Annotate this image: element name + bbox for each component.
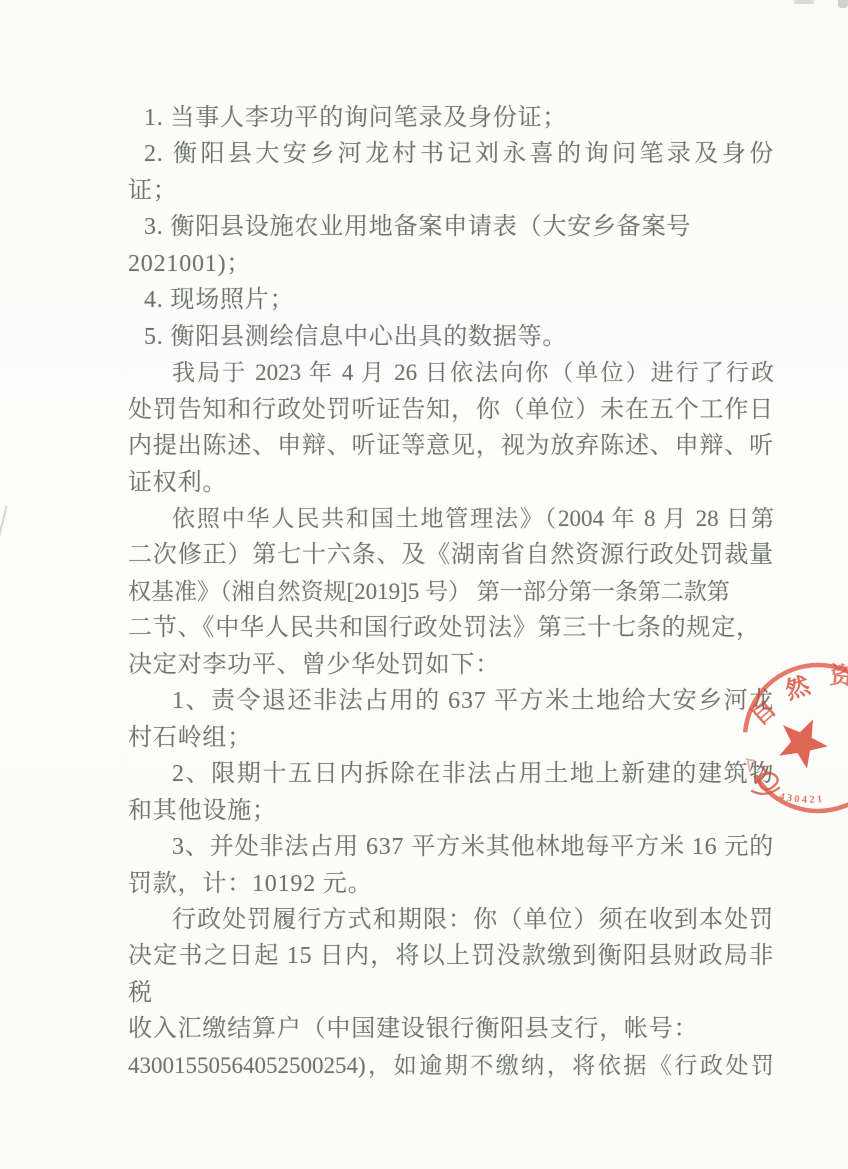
seal-star-icon	[779, 719, 828, 768]
text-line: 收入汇缴结算户（中国建设银行衡阳县支行，帐号：	[128, 1011, 774, 1047]
text-line: 内提出陈述、申辩、听证等意见，视为放弃陈述、申辩、听	[128, 428, 774, 464]
text-line: 证权利。	[128, 465, 774, 501]
seal-arc-char: 然	[782, 671, 814, 705]
text-line: 4. 现场照片；	[128, 282, 774, 318]
text-line: 1、责令退还非法占用的 637 平方米土地给大安乡河龙	[128, 683, 774, 719]
text-line: 1. 当事人李功平的询问笔录及身份证；	[128, 100, 774, 136]
text-line: 处罚告知和行政处罚听证告知，你（单位）未在五个工作日	[128, 392, 774, 428]
text-line: 3、并处非法占用 637 平方米其他林地每平方米 16 元的	[128, 829, 774, 865]
text-line: 决定对李功平、曾少华处罚如下：	[128, 647, 774, 683]
text-line: 罚款，计：10192 元。	[128, 866, 774, 902]
scan-artifact	[794, 0, 814, 4]
official-seal: 自 然 资 430421	[738, 655, 848, 825]
seal-partial-stroke	[746, 759, 755, 772]
scan-artifact	[838, 0, 848, 8]
text-line: 我局于 2023 年 4 月 26 日依法向你（单位）进行了行政	[128, 355, 774, 391]
text-line: 行政处罚履行方式和期限：你（单位）须在收到本处罚	[128, 902, 774, 938]
document-body: 1. 当事人李功平的询问笔录及身份证；2. 衡阳县大安乡河龙村书记刘永喜的询问笔…	[128, 100, 774, 1084]
text-line: 依照中华人民共和国土地管理法》（2004 年 8 月 28 日第	[128, 501, 774, 537]
seal-arc-char: 自	[746, 695, 782, 731]
text-line: 5. 衡阳县测绘信息中心出具的数据等。	[128, 319, 774, 355]
text-line: 2021001)；	[128, 246, 774, 282]
scan-artifact	[0, 506, 8, 560]
text-line: 和其他设施；	[128, 793, 774, 829]
text-line: 二次修正）第七十六条、及《湖南省自然资源行政处罚裁量	[128, 537, 774, 573]
text-line: 2、限期十五日内拆除在非法占用土地上新建的建筑物	[128, 756, 774, 792]
text-line: 村石岭组；	[128, 720, 774, 756]
text-line: 权基准》（湘自然资规[2019]5 号） 第一部分第一条第二款第	[128, 574, 774, 610]
document-page: 1. 当事人李功平的询问笔录及身份证；2. 衡阳县大安乡河龙村书记刘永喜的询问笔…	[0, 0, 848, 1169]
text-line: 决定书之日起 15 日内，将以上罚没款缴到衡阳县财政局非税	[128, 938, 774, 1011]
text-line: 二节、《中华人民共和国行政处罚法》第三十七条的规定，	[128, 610, 774, 646]
seal-arc-char: 资	[828, 661, 848, 691]
text-line: 3. 衡阳县设施农业用地备案申请表（大安乡备案号	[128, 209, 774, 245]
text-line: 2. 衡阳县大安乡河龙村书记刘永喜的询问笔录及身份	[128, 136, 774, 172]
text-line: 43001550564052500254)，如逾期不缴纳，将依据《行政处罚	[128, 1048, 774, 1084]
text-line: 证；	[128, 173, 774, 209]
